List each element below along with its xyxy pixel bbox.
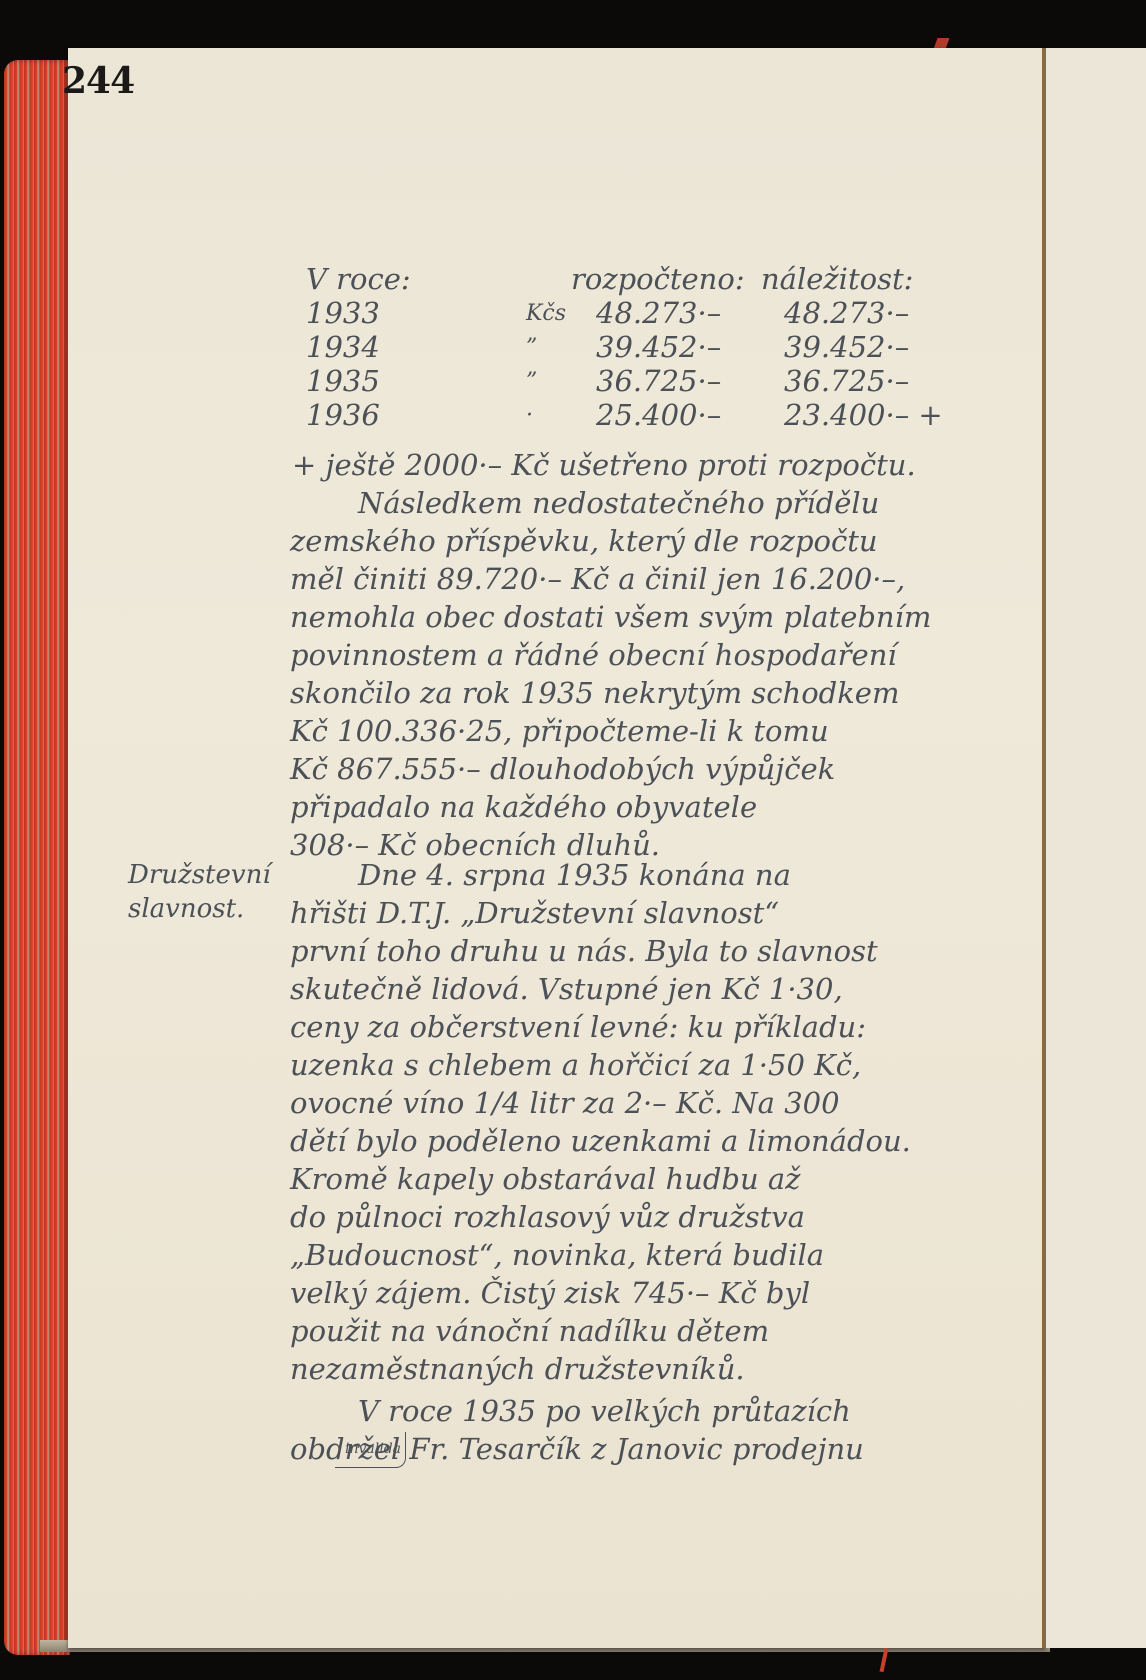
row-actual: 36.725·–: [784, 364, 909, 399]
paragraph-cooperative-festival: Dne 4. srpna 1935 konána na hřišti D.T.J…: [290, 858, 911, 1390]
text-line: zemského příspěvku, který dle rozpočtu: [290, 524, 931, 562]
row-unit: ”: [526, 330, 537, 365]
text-line: ceny za občerstvení levné: ku příkladu:: [290, 1010, 911, 1048]
row-unit: ·: [526, 398, 533, 433]
text-line: do půlnoci rozhlasový vůz družstva: [290, 1200, 911, 1238]
row-year: 1934: [306, 330, 380, 365]
text-line: hřišti D.T.J. „Družstevní slavnost“: [290, 896, 911, 934]
text-line: Kč 867.555·– dlouhodobých výpůjček: [290, 752, 931, 790]
text-line: Následkem nedostatečného přídělu: [290, 486, 931, 524]
text-line: připadalo na každého obyvatele: [290, 790, 931, 828]
row-budgeted: 36.725·–: [596, 364, 721, 399]
row-actual: 48.273·–: [784, 296, 909, 331]
text-line: Dne 4. srpna 1935 konána na: [290, 858, 911, 896]
row-unit: ”: [526, 364, 537, 399]
text-line: nezaměstnaných družstevníků.: [290, 1352, 911, 1390]
header-year: V roce:: [306, 262, 411, 297]
text-line: „Budoucnost“, novinka, která budila: [290, 1238, 911, 1276]
row-budgeted: 48.273·–: [596, 296, 721, 331]
text-line: skutečně lidová. Vstupné jen Kč 1·30,: [290, 972, 911, 1010]
table-footnote: + ještě 2000·– Kč ušetřeno proti rozpočt…: [292, 448, 916, 483]
page-number: 244: [62, 60, 134, 102]
margin-heading: Družstevní slavnost.: [128, 858, 271, 926]
paragraph-deficit: Následkem nedostatečného přídělu zemskéh…: [290, 486, 931, 866]
text-line: V roce 1935 po velkých průtazích: [290, 1394, 864, 1432]
text-line: nemohla obec dostati všem svým platebním: [290, 600, 931, 638]
text-line: použit na vánoční nadílku dětem: [290, 1314, 911, 1352]
text-line: měl činiti 89.720·– Kč a činil jen 16.20…: [290, 562, 931, 600]
text-line: Kromě kapely obstarával hudbu až: [290, 1162, 911, 1200]
margin-heading-line: Družstevní: [128, 858, 271, 892]
text-line: povinnostem a řádné obecní hospodaření: [290, 638, 931, 676]
text-line: dětí bylo poděleno uzenkami a limonádou.: [290, 1124, 911, 1162]
row-actual: 23.400·– +: [784, 398, 943, 433]
row-unit: Kčs: [526, 296, 566, 331]
book-page-edges: [4, 60, 70, 1655]
facing-page: [1046, 48, 1146, 1648]
row-actual: 39.452·–: [784, 330, 909, 365]
text-line: Kč 100.336·25, připočteme-li k tomu: [290, 714, 931, 752]
row-year: 1935: [306, 364, 380, 399]
text-line: ovocné víno 1/4 litr za 2·– Kč. Na 300: [290, 1086, 911, 1124]
margin-heading-line: slavnost.: [128, 892, 271, 926]
text-line: velký zájem. Čistý zisk 745·– Kč byl: [290, 1276, 911, 1314]
text-line: skončilo za rok 1935 nekrytým schodkem: [290, 676, 931, 714]
header-budgeted: rozpočteno:: [571, 262, 745, 297]
text-line: první toho druhu u nás. Byla to slavnost: [290, 934, 911, 972]
row-budgeted: 25.400·–: [596, 398, 721, 433]
header-actual: náležitost:: [761, 262, 913, 297]
text-line: uzenka s chlebem a hořčicí za 1·50 Kč,: [290, 1048, 911, 1086]
row-year: 1936: [306, 398, 380, 433]
interlinear-note: invalida: [335, 1432, 406, 1468]
row-budgeted: 39.452·–: [596, 330, 721, 365]
row-year: 1933: [306, 296, 380, 331]
